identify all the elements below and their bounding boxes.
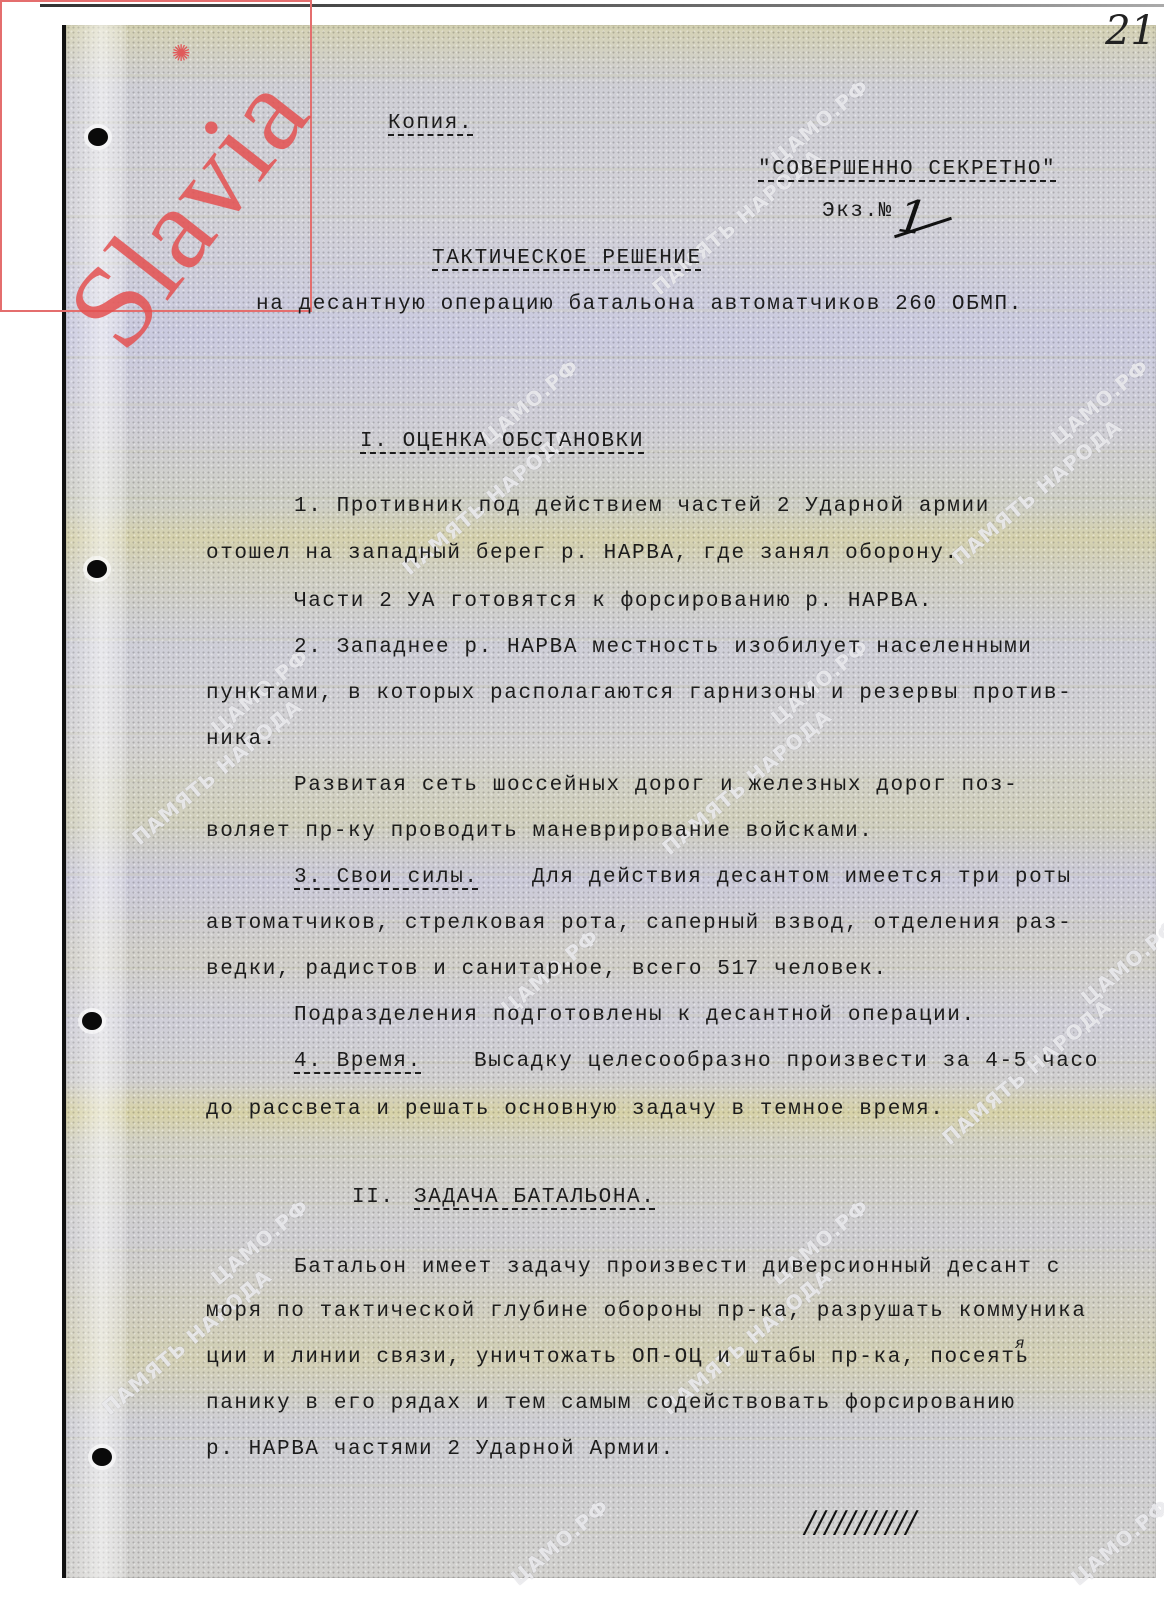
text-line: ника. xyxy=(206,728,277,751)
section-number: II. xyxy=(352,1186,395,1209)
text-line: до рассвета и решать основную задачу в т… xyxy=(206,1098,945,1121)
text-line: воляет пр-ку проводить маневрирование во… xyxy=(206,820,874,843)
copy-number-label: Экз.№ xyxy=(822,200,893,223)
document-title: ТАКТИЧЕСКОЕ РЕШЕНИЕ xyxy=(432,247,702,270)
text-line: ведки, радистов и санитарное, всего 517 … xyxy=(206,958,888,981)
handwritten-insertion: я xyxy=(1015,1335,1025,1353)
end-of-text-mark: /////////// xyxy=(805,1505,916,1540)
text-line: Подразделения подготовлены к десантной о… xyxy=(294,1004,976,1027)
text-line: 2. Западнее р. НАРВА местность изобилует… xyxy=(294,636,1033,659)
text-line: пунктами, в которых располагаются гарниз… xyxy=(206,682,1072,705)
text-line: Для действия десантом имеется три роты xyxy=(532,866,1072,889)
text-line: Батальон имеет задачу произвести диверси… xyxy=(294,1256,1061,1279)
punch-hole xyxy=(87,560,107,578)
text-line: Части 2 УА готовятся к форсированию р. Н… xyxy=(294,590,933,613)
subheading-time: 4. Время. xyxy=(294,1050,422,1073)
page-number: 21 xyxy=(1105,8,1156,54)
text-line: панику в его рядах и тем самым содейство… xyxy=(206,1392,1016,1415)
text-line: р. НАРВА частями 2 Ударной Армии. xyxy=(206,1438,675,1461)
document-subtitle: на десантную операцию батальона автоматч… xyxy=(256,293,1023,316)
section-heading: ЗАДАЧА БАТАЛЬОНА. xyxy=(414,1186,655,1209)
text-line: 1. Противник под действием частей 2 Удар… xyxy=(294,495,990,518)
punch-hole xyxy=(92,1448,112,1466)
text-line: моря по тактической глубине обороны пр-к… xyxy=(206,1300,1087,1323)
text-line: отошел на западный берег р. НАРВА, где з… xyxy=(206,542,959,565)
text-line: автоматчиков, стрелковая рота, саперный … xyxy=(206,912,1072,935)
copy-label: Копия. xyxy=(388,112,473,135)
text-line: ции и линии связи, уничтожать ОП-ОЦ и шт… xyxy=(206,1346,1030,1369)
sun-logo-icon: ✺ xyxy=(172,34,190,71)
subheading-own-forces: 3. Свои силы. xyxy=(294,866,479,889)
text-line: Развитая сеть шоссейных дорог и железных… xyxy=(294,774,1018,797)
text-line: Высадку целесообразно произвести за 4-5 … xyxy=(474,1050,1099,1073)
section-heading: I. ОЦЕНКА ОБСТАНОВКИ xyxy=(360,430,644,453)
classification-label: "СОВЕРШЕННО СЕКРЕТНО" xyxy=(758,158,1056,181)
punch-hole xyxy=(82,1012,102,1030)
